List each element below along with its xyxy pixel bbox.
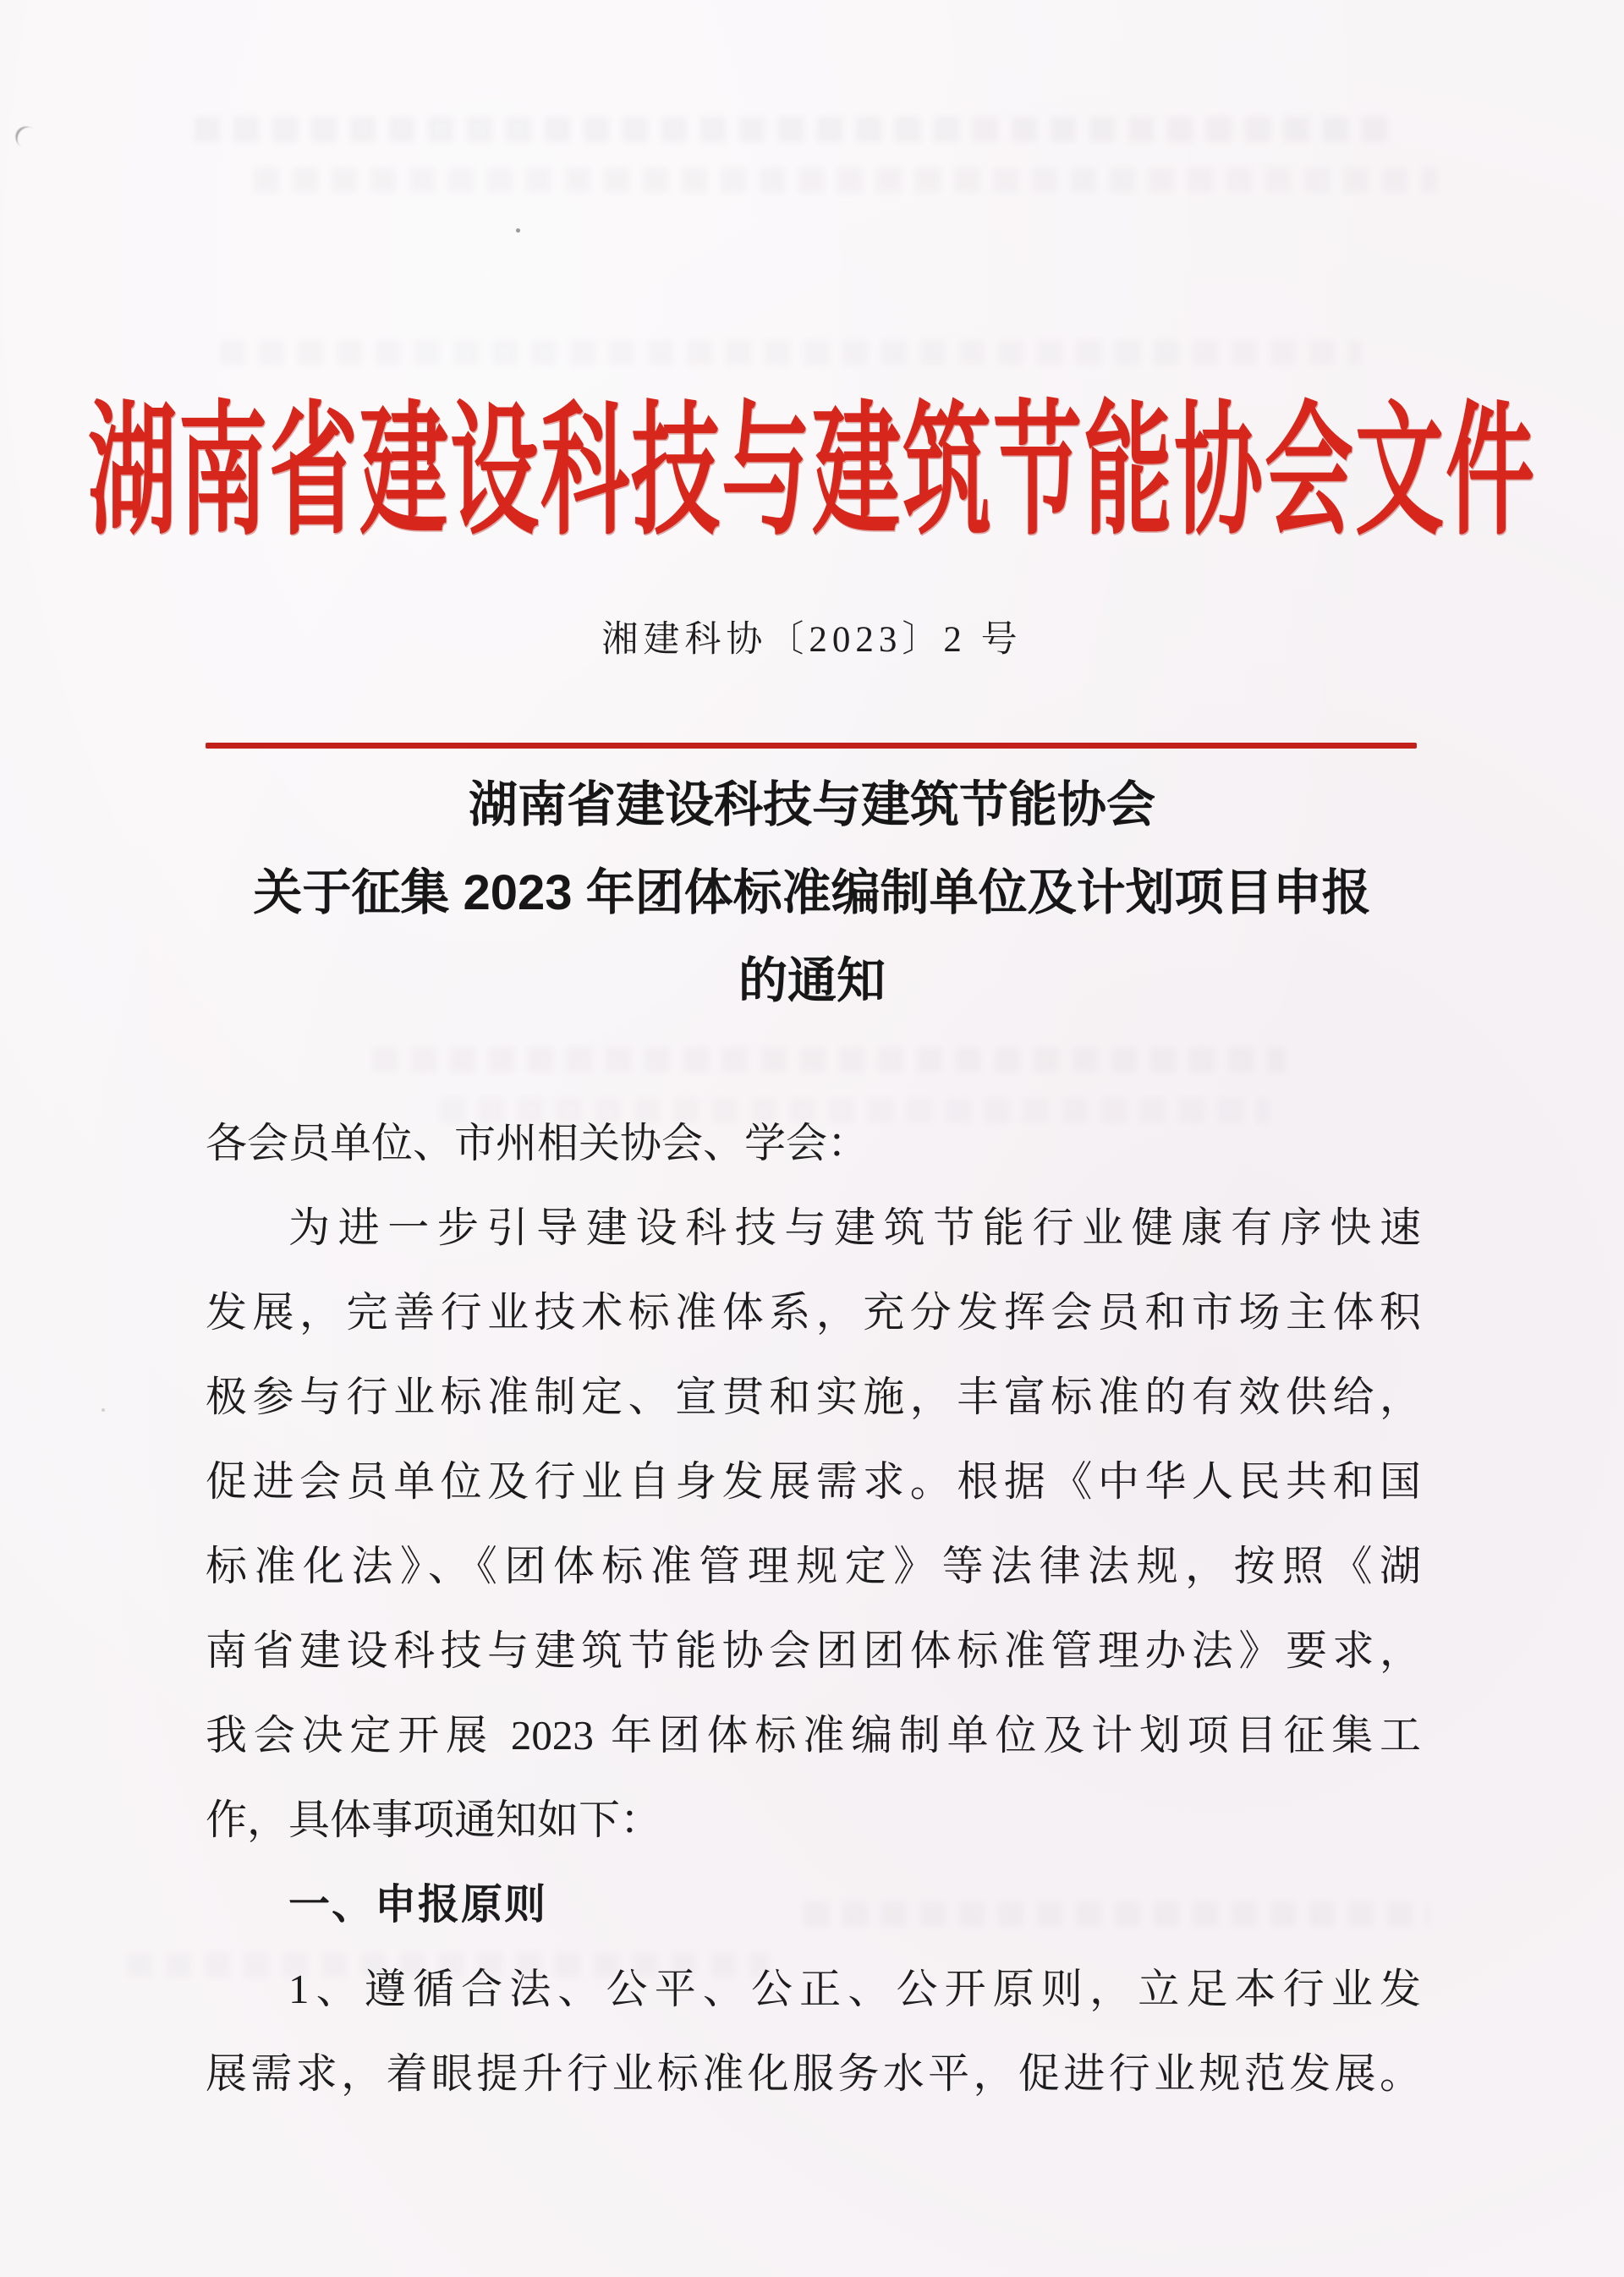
notice-title-line1: 湖南省建设科技与建筑节能协会 [0, 761, 1624, 849]
letterhead-banner: 湖南省建设科技与建筑节能协会文件 [0, 379, 1624, 540]
scan-speck [516, 228, 520, 233]
section-heading-line: 一、申报原则 [206, 1863, 1421, 1947]
corner-fold-artifact [11, 122, 43, 153]
notice-title-line2: 关于征集 2023 年团体标准编制单位及计划项目申报 [0, 849, 1624, 937]
bleed-through-artifact [195, 117, 1387, 142]
body-line: 标准化法》、《团体标准管理规定》等法律法规，按照《湖 [206, 1524, 1421, 1609]
notice-body: 各会员单位、市州相关协会、学会： 为进一步引导建设科技与建筑节能行业健康有序快速… [206, 1101, 1421, 2116]
body-line: 发展，完善行业技术标准体系，充分发挥会员和市场主体积 [206, 1270, 1421, 1355]
letterhead-title: 湖南省建设科技与建筑节能协会文件 [88, 356, 1536, 563]
bleed-through-artifact [254, 167, 1438, 193]
body-line: 我会决定开展 2023 年团体标准编制单位及计划项目征集工 [206, 1693, 1421, 1778]
body-line: 展需求，着眼提升行业标准化服务水平，促进行业规范发展。 [206, 2032, 1421, 2116]
document-number: 湘建科协〔2023〕2 号 [0, 611, 1624, 662]
body-line: 1、遵循合法、公平、公正、公开原则，立足本行业发 [206, 1947, 1421, 2032]
salutation-line: 各会员单位、市州相关协会、学会： [206, 1101, 1421, 1186]
body-line: 南省建设科技与建筑节能协会团团体标准管理办法》要求， [206, 1609, 1421, 1693]
bleed-through-artifact [372, 1047, 1286, 1073]
body-line: 极参与行业标准制定、宣贯和实施，丰富标准的有效供给， [206, 1355, 1421, 1440]
body-line: 作，具体事项通知如下： [206, 1778, 1421, 1863]
body-line: 为进一步引导建设科技与建筑节能行业健康有序快速 [206, 1186, 1421, 1270]
document-page: 湖南省建设科技与建筑节能协会文件 湘建科协〔2023〕2 号 湖南省建设科技与建… [0, 0, 1624, 2277]
notice-title: 湖南省建设科技与建筑节能协会 关于征集 2023 年团体标准编制单位及计划项目申… [0, 761, 1624, 1025]
body-line: 促进会员单位及行业自身发展需求。根据《中华人民共和国 [206, 1440, 1421, 1524]
notice-title-line3: 的通知 [0, 937, 1624, 1025]
scan-speck [101, 1408, 105, 1412]
red-divider-line [206, 743, 1417, 749]
